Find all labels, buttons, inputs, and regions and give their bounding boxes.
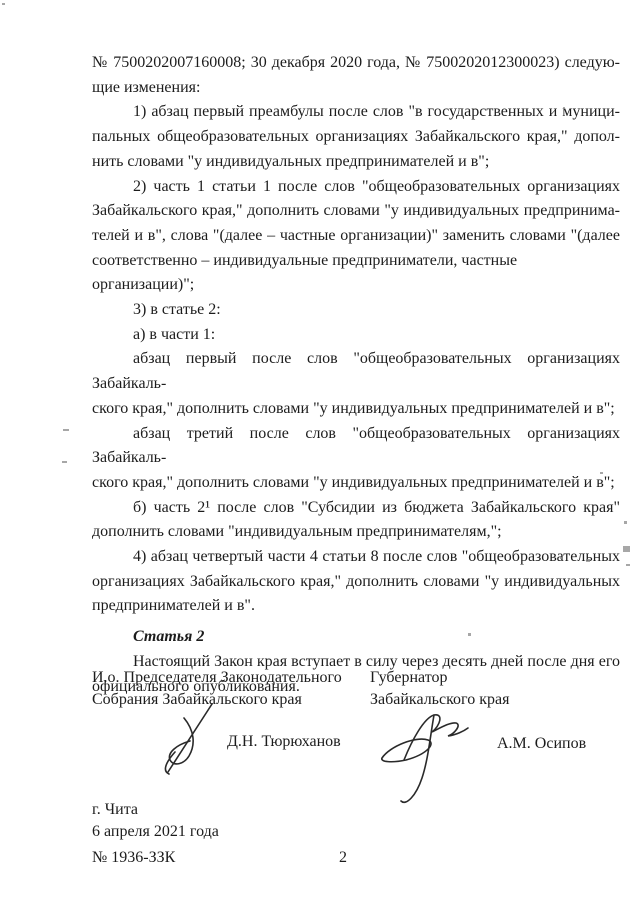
scan-speck	[623, 546, 630, 552]
document-text-block: № 7500202007160008; 30 декабря 2020 года…	[92, 51, 620, 699]
scan-speck	[62, 461, 67, 463]
text-line: а) в части 1:	[92, 323, 620, 348]
document-number: № 1936-ЗЗК	[92, 849, 175, 867]
scan-speck	[563, 107, 565, 109]
scan-speck	[560, 557, 563, 559]
text-line: ского края," дополнить словами "у индиви…	[92, 471, 620, 496]
scan-speck	[586, 559, 590, 562]
signer-name-left: Д.Н. Тюрюханов	[227, 733, 341, 751]
date: 6 апреля 2021 года	[92, 821, 219, 843]
text-line: щие изменения:	[92, 76, 620, 101]
signatory-title-right-line1: Губернатор	[370, 667, 590, 689]
text-line: дополнить словами "индивидуальным предпр…	[92, 520, 620, 545]
text-line: соответственно – индивидуальные предприн…	[92, 249, 620, 298]
text-line: Забайкальского края," дополнить словами …	[92, 199, 620, 224]
text-line: абзац третий после слов "общеобразовател…	[92, 422, 620, 471]
city: г. Чита	[92, 799, 219, 821]
text-line: организациях Забайкальского края," допол…	[92, 570, 620, 595]
text-line: нить словами "у индивидуальных предприни…	[92, 150, 620, 175]
text-line: 3) в статье 2:	[92, 298, 620, 323]
signature-right-icon	[376, 710, 484, 812]
scan-speck	[600, 472, 603, 474]
text-line: предпринимателей и в".	[92, 594, 620, 619]
signature-left-icon	[148, 700, 223, 780]
signatory-title-left-line2: Собрания Забайкальского края	[92, 689, 362, 711]
text-line: абзац первый после слов "общеобразовател…	[92, 347, 620, 396]
article-2-heading: Статья 2	[92, 625, 620, 650]
text-line: № 7500202007160008; 30 декабря 2020 года…	[92, 51, 620, 76]
signatory-title-left-line1: И.о. Председателя Законодательного	[92, 667, 362, 689]
place-and-date: г. Чита 6 апреля 2021 года	[92, 799, 219, 843]
text-line: 1) абзац первый преамбулы после слов "в …	[92, 100, 620, 125]
scan-speck	[624, 521, 627, 524]
text-line: 4) абзац четвертый части 4 статьи 8 посл…	[92, 545, 620, 570]
text-line: пальных общеобразовательных организациях…	[92, 125, 620, 150]
signatory-title-left: И.о. Председателя Законодательного Собра…	[92, 667, 362, 711]
signatory-title-right: Губернатор Забайкальского края	[370, 667, 590, 711]
scan-speck	[626, 564, 630, 566]
signer-name-right: А.М. Осипов	[497, 735, 586, 753]
text-line: б) часть 2¹ после слов "Субсидии из бюдж…	[92, 496, 620, 521]
document-page: № 7500202007160008; 30 декабря 2020 года…	[0, 0, 640, 905]
signatory-title-right-line2: Забайкальского края	[370, 689, 590, 711]
scan-speck	[468, 633, 471, 636]
page-number: 2	[339, 849, 347, 867]
scan-speck	[63, 429, 69, 431]
scan-speck	[2, 3, 5, 5]
text-line: 2) часть 1 статьи 1 после слов "общеобра…	[92, 175, 620, 200]
text-line: телей и в", слова "(далее – частные орга…	[92, 224, 620, 249]
text-line: ского края," дополнить словами "у индиви…	[92, 397, 620, 422]
